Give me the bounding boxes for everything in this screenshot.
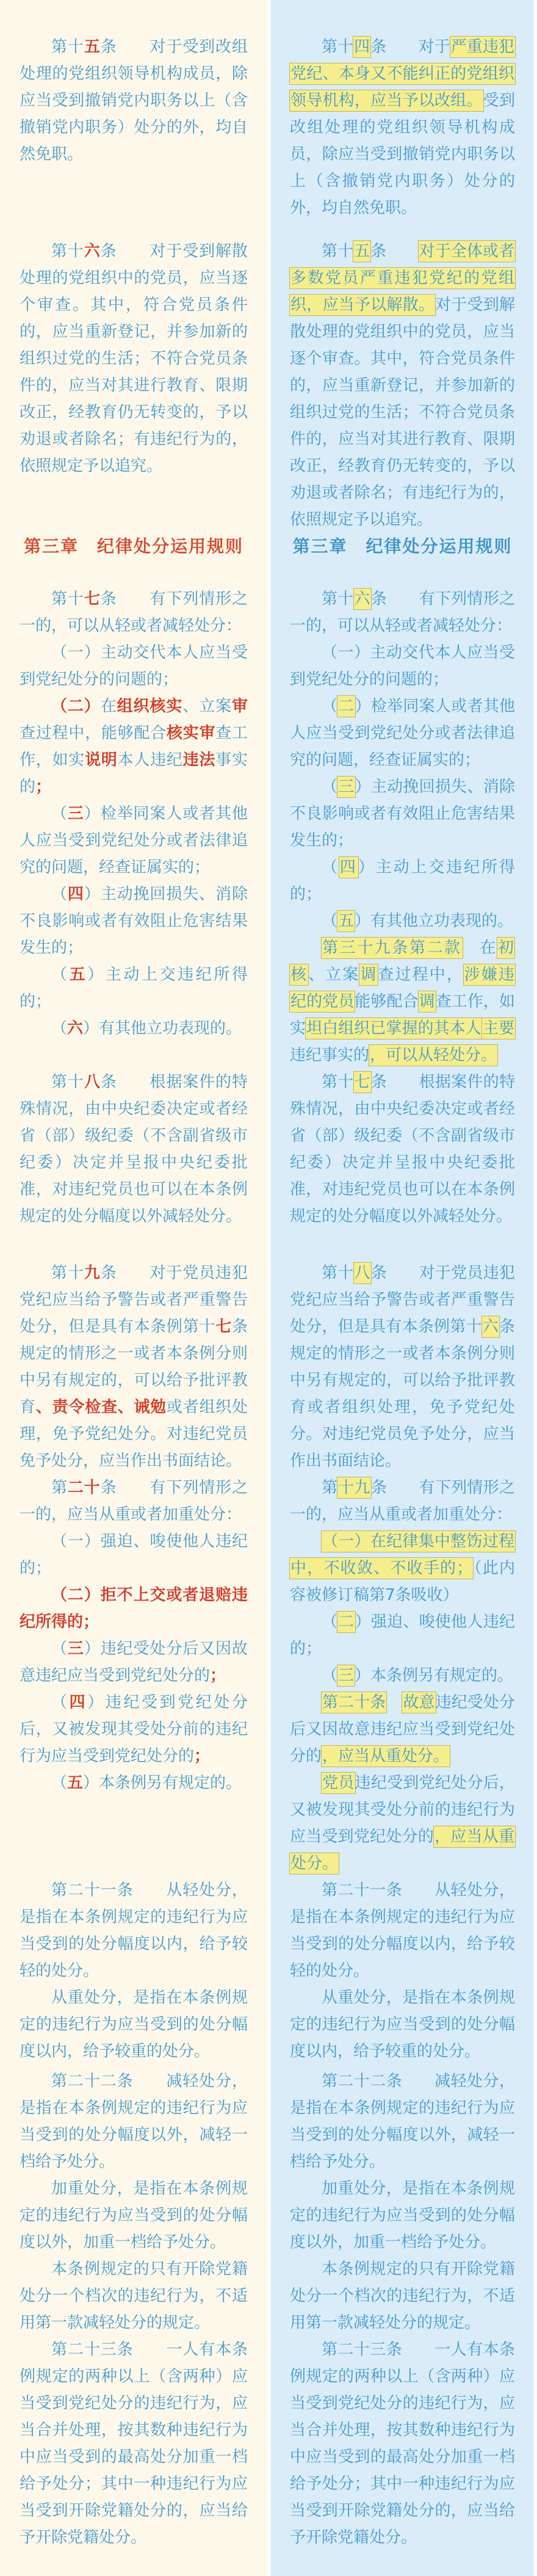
highlight-segment: 二	[337, 696, 355, 717]
revision-red-segment: （二）拒不上交或者退赔违纪所得的；	[20, 1586, 248, 1631]
revision-red-segment: 三	[68, 1640, 84, 1658]
text-segment: （	[322, 778, 337, 796]
article-paragraph: （二）强迫、唆使他人违纪的；	[290, 1609, 515, 1662]
article-paragraph: （三）本条例另有规定的。	[290, 1662, 515, 1689]
text-segment: （	[322, 697, 337, 716]
text-segment: ）本条例另有规定的。	[355, 1667, 513, 1685]
highlight-segment: 四	[339, 857, 358, 878]
text-segment: 第二十二条 减轻处分，是指在本条例规定的违纪行为应当受到的处分幅度以外，减轻一档…	[20, 2072, 248, 2171]
article-row: 第十八条 根据案件的特殊情况，由中央纪委决定或者经省（部）级纪委（不含副省级市纪…	[0, 1069, 537, 1260]
article-paragraph: 党员违纪受到党纪处分后，又被发现其受处分前的违纪行为应当受到党纪处分的，应当从重…	[290, 1770, 515, 1877]
text-segment: ）有其他立功表现的。	[355, 912, 513, 930]
article-row: 第二十三条 一人有本条例规定的两种以上（含两种）应当受到党纪处分的违纪行为，应当…	[0, 2336, 537, 2551]
highlight-segment: 七	[354, 1072, 371, 1092]
article-paragraph: 本条例规定的只有开除党籍处分一个档次的违纪行为，不适用第一款减轻处分的规定。	[290, 2256, 515, 2336]
article-paragraph: 第十六条 有下列情形之一的，可以从轻或者减轻处分：	[290, 586, 515, 639]
revision-red-segment: 四	[70, 1693, 88, 1712]
article-paragraph: 第十八条 对于党员违犯党纪应当给予警告或者严重警告处分，但是具有本条例第十六条规…	[290, 1260, 515, 1474]
highlight-segment: 六	[482, 1316, 499, 1337]
article-row: 第十七条 有下列情形之一的，可以从轻或者减轻处分：（一）主动交代本人应当受到党纪…	[0, 586, 537, 1069]
new-version-cell: 第十五条 对于全体或者多数党员严重违犯党纪的党组织，应当予以解散。对于受到解散处…	[271, 238, 534, 533]
article-paragraph: 第三十九条第二款 在初核、立案调查过程中，涉嫌违纪的党员能够配合调查工作，如实坦…	[290, 935, 515, 1069]
text-segment: 条 对于受到解散处理的党组织中的党员，应当逐个审查。其中，符合党员条件的，应当重…	[20, 242, 248, 475]
article-paragraph: （五）本条例另有规定的。	[20, 1770, 248, 1796]
article-paragraph: （一）强迫、唆使他人违纪的；	[20, 1528, 248, 1582]
article-paragraph: （一）主动交代本人应当受到党纪处分的问题的；	[290, 639, 515, 693]
document-comparison: 第十五条 对于受到改组处理的党组织领导机构成员，除应当受到撤销党内职务以上（含撤…	[0, 0, 537, 2576]
article-paragraph: （二）检举同案人或者其他人应当受到党纪处分或者法律追究的问题，经查证属实的；	[290, 693, 515, 773]
text-segment: （	[322, 912, 337, 930]
text-segment: 第十	[322, 38, 353, 56]
old-version-cell: 第二十二条 减轻处分，是指在本条例规定的违纪行为应当受到的处分幅度以外，减轻一档…	[0, 2068, 267, 2336]
text-segment: 条规定的情形之一或者本条例分则中另有规定的，可以给予批评教育或者组织处理，免予党…	[290, 1318, 515, 1470]
text-segment: 查过程中，能够配合	[20, 724, 167, 742]
text-segment: 加重处分，是指在本条例规定的违纪行为应当受到的处分幅度以外，加重一档给予处分。	[20, 2180, 248, 2251]
highlight-segment: ，应当从重处分。	[322, 1746, 450, 1767]
article-paragraph: 从重处分，是指在本条例规定的违纪行为应当受到的处分幅度以内，给予较重的处分。	[290, 1984, 515, 2065]
revision-red-segment: 六	[84, 242, 101, 260]
article-paragraph: 第十九条 有下列情形之一的，应当从重或者加重处分：	[290, 1474, 515, 1528]
text-segment: 第二十二条 减轻处分，是指在本条例规定的违纪行为应当受到的处分幅度以外，减轻一档…	[290, 2072, 515, 2171]
text-segment: 在	[463, 939, 497, 957]
new-version-cell: 第二十三条 一人有本条例规定的两种以上（含两种）应当受到党纪处分的违纪行为，应当…	[271, 2336, 534, 2551]
text-segment: 第十	[51, 590, 84, 608]
old-version-cell: 第十五条 对于受到改组处理的党组织领导机构成员，除应当受到撤销党内职务以上（含撤…	[0, 34, 267, 168]
article-row: 第二十二条 减轻处分，是指在本条例规定的违纪行为应当受到的处分幅度以外，减轻一档…	[0, 2068, 537, 2336]
article-paragraph: 第二十二条 减轻处分，是指在本条例规定的违纪行为应当受到的处分幅度以外，减轻一档…	[290, 2068, 515, 2175]
article-row: 第二十条 有下列情形之一的，应当从重或者加重处分：（一）强迫、唆使他人违纪的；（…	[0, 1474, 537, 1877]
article-paragraph: 第二十条 故意违纪受处分后又因故意违纪应当受到党纪处分的，应当从重处分。	[290, 1689, 515, 1770]
highlight-segment: 三	[337, 777, 355, 797]
text-segment: 本条例规定的只有开除党籍处分一个档次的违纪行为，不适用第一款减轻处分的规定。	[20, 2260, 248, 2332]
old-version-cell: 第二十三条 一人有本条例规定的两种以上（含两种）应当受到党纪处分的违纪行为，应当…	[0, 2336, 267, 2551]
article-row: 第三章 纪律处分运用规则第三章 纪律处分运用规则	[0, 533, 537, 586]
new-version-cell: 第二十二条 减轻处分，是指在本条例规定的违纪行为应当受到的处分幅度以外，减轻一档…	[271, 2068, 534, 2336]
text-segment: （一）主动交代本人应当受到党纪处分的问题的；	[290, 644, 515, 689]
revision-red-segment: 违法	[183, 751, 216, 769]
text-segment: 第十	[51, 38, 84, 56]
revision-red-segment: 核实审	[167, 724, 215, 742]
text-segment: ）本条例另有规定的。	[83, 1774, 242, 1792]
revision-red-segment: 五	[84, 38, 101, 56]
article-paragraph: 第二十一条 从轻处分，是指在本条例规定的违纪行为应当受到的处分幅度以内，给予较轻…	[290, 1877, 515, 1984]
text-segment: 第二十三条 一人有本条例规定的两种以上（含两种）应当受到党纪处分的违纪行为，应当…	[290, 2341, 515, 2547]
article-paragraph: （一）主动交代本人应当受到党纪处分的问题的；	[20, 639, 248, 693]
text-segment: （	[51, 1640, 68, 1658]
revision-red-segment: 七	[84, 590, 101, 608]
article-paragraph: 第十七条 有下列情形之一的，可以从轻或者减轻处分：	[20, 586, 248, 639]
article-paragraph: 第二十条 有下列情形之一的，应当从重或者加重处分：	[20, 1474, 248, 1528]
revision-red-segment: 说明	[85, 751, 118, 769]
article-paragraph: （四）主动挽回损失、消除不良影响或者有效阻止危害结果发生的；	[20, 881, 248, 961]
article-paragraph: 本条例规定的只有开除党籍处分一个档次的违纪行为，不适用第一款减轻处分的规定。	[20, 2256, 248, 2336]
text-segment: （	[51, 805, 68, 823]
old-version-cell: 第二十条 有下列情形之一的，应当从重或者加重处分：（一）强迫、唆使他人违纪的；（…	[0, 1474, 267, 1796]
article-paragraph: （三）主动挽回损失、消除不良影响或者有效阻止危害结果发生的；	[290, 773, 515, 854]
highlight-segment: 第三十九条第二款	[322, 938, 463, 958]
revision-red-segment: 四	[68, 885, 84, 903]
new-version-cell: 第十六条 有下列情形之一的，可以从轻或者减轻处分：（一）主动交代本人应当受到党纪…	[271, 586, 534, 1069]
chapter-heading: 第三章 纪律处分运用规则	[20, 533, 248, 560]
revision-red-segment: 审	[232, 697, 248, 716]
revision-red-segment: ；	[210, 1667, 226, 1685]
text-segment: 加重处分，是指在本条例规定的违纪行为应当受到的处分幅度以外，加重一档给予处分。	[290, 2180, 515, 2251]
new-version-cell: 第三章 纪律处分运用规则	[271, 533, 534, 560]
text-segment: 在	[101, 697, 117, 716]
text-segment: 第二十三条 一人有本条例规定的两种以上（含两种）应当受到党纪处分的违纪行为，应当…	[20, 2341, 248, 2547]
text-segment: （	[51, 966, 70, 984]
text-segment: 第三章 纪律处分运用规则	[24, 536, 243, 556]
text-segment: 条 对于受到改组处理的党组织领导机构成员，除应当受到撤销党内职务以上（含撤销党内…	[20, 38, 248, 163]
article-paragraph: （二）拒不上交或者退赔违纪所得的；	[20, 1582, 248, 1635]
text-segment: 条 根据案件的特殊情况，由中央纪委决定或者经省（部）级纪委（不含副省级市纪委）决…	[290, 1073, 515, 1225]
article-paragraph: 第十九条 对于党员违犯党纪应当给予警告或者严重警告处分，但是具有本条例第十七条规…	[20, 1260, 248, 1474]
article-paragraph: 第十五条 对于受到改组处理的党组织领导机构成员，除应当受到撤销党内职务以上（含撤…	[20, 34, 248, 168]
highlight-segment: ，可以从轻处分。	[369, 1045, 497, 1066]
old-version-cell: 第十九条 对于党员违犯党纪应当给予警告或者严重警告处分，但是具有本条例第十七条规…	[0, 1260, 267, 1474]
text-segment: 第二十一条 从轻处分，是指在本条例规定的违纪行为应当受到的处分幅度以内，给予较轻…	[290, 1881, 515, 1980]
article-paragraph: 第二十三条 一人有本条例规定的两种以上（含两种）应当受到党纪处分的违纪行为，应当…	[290, 2336, 515, 2551]
text-segment: 第二十一条 从轻处分，是指在本条例规定的违纪行为应当受到的处分幅度以内，给予较轻…	[20, 1881, 248, 1980]
article-paragraph: （四）违纪受到党纪处分后，又被发现其受处分前的违纪行为应当受到党纪处分的；	[20, 1689, 248, 1770]
text-segment: 本人违纪	[118, 751, 183, 769]
new-version-cell: 第十九条 有下列情形之一的，应当从重或者加重处分：（一）在纪律集中整饬过程中，不…	[271, 1474, 534, 1877]
article-paragraph: 第十六条 对于受到解散处理的党组织中的党员，应当逐个审查。其中，符合党员条件的，…	[20, 238, 248, 479]
text-segment: （	[322, 1667, 337, 1685]
chapter-heading: 第三章 纪律处分运用规则	[290, 533, 515, 560]
new-version-cell: 第二十一条 从轻处分，是指在本条例规定的违纪行为应当受到的处分幅度以内，给予较轻…	[271, 1877, 534, 2065]
text-segment: （	[51, 1774, 67, 1792]
highlight-segment: 调	[359, 964, 378, 985]
revision-red-segment: 三	[68, 805, 84, 823]
text-segment: 从重处分，是指在本条例规定的违纪行为应当受到的处分幅度以内，给予较重的处分。	[290, 1989, 515, 2061]
article-paragraph: （三）检举同案人或者其他人应当受到党纪处分或者法律追究的问题，经查证属实的；	[20, 800, 248, 881]
text-segment: （	[51, 885, 68, 903]
article-paragraph: （一）在纪律集中整饬过程中，不收敛、不收手的；（此内容被修订稿第7条吸收）	[290, 1528, 515, 1609]
highlight-segment: 调	[419, 991, 436, 1012]
text-segment: 本条例规定的只有开除党籍处分一个档次的违纪行为，不适用第一款减轻处分的规定。	[290, 2260, 515, 2332]
revision-red-segment: ；	[194, 1747, 210, 1765]
article-paragraph: （四）主动上交违纪所得的；	[290, 854, 515, 908]
text-segment	[386, 1693, 402, 1712]
old-version-cell: 第十七条 有下列情形之一的，可以从轻或者减轻处分：（一）主动交代本人应当受到党纪…	[0, 586, 267, 1042]
article-row: 第十六条 对于受到解散处理的党组织中的党员，应当逐个审查。其中，符合党员条件的，…	[0, 238, 537, 533]
old-version-cell: 第三章 纪律处分运用规则	[0, 533, 267, 560]
highlight-segment: 党员	[322, 1773, 355, 1793]
revision-red-segment: 二十	[68, 1479, 101, 1497]
old-version-cell: 第十六条 对于受到解散处理的党组织中的党员，应当逐个审查。其中，符合党员条件的，…	[0, 238, 267, 479]
text-segment: 条 根据案件的特殊情况，由中央纪委决定或者经省（部）级纪委（不含副省级市纪委）决…	[20, 1073, 248, 1225]
revision-red-segment: ；	[35, 778, 51, 796]
highlight-segment: 主要	[482, 1018, 515, 1039]
article-paragraph: （五）有其他立功表现的。	[290, 908, 515, 935]
highlight-segment: 五	[353, 241, 370, 262]
text-segment: 第十	[322, 590, 354, 608]
article-paragraph: 第十四条 对于严重违犯党纪、本身又不能纠正的党组织领导机构，应当予以改组。受到改…	[290, 34, 515, 221]
highlight-segment: 二	[337, 1612, 355, 1632]
new-version-cell: 第十四条 对于严重违犯党纪、本身又不能纠正的党组织领导机构，应当予以改组。受到改…	[271, 34, 534, 221]
article-paragraph: 第十七条 根据案件的特殊情况，由中央纪委决定或者经省（部）级纪委（不含副省级市纪…	[290, 1069, 515, 1230]
revision-red-segment: 五	[67, 1774, 83, 1792]
text-segment: 第三章 纪律处分运用规则	[292, 536, 512, 556]
revision-red-segment: 六	[67, 1019, 83, 1038]
article-paragraph: 加重处分，是指在本条例规定的违纪行为应当受到的处分幅度以外，加重一档给予处分。	[290, 2175, 515, 2256]
revision-red-segment: 九	[84, 1264, 101, 1282]
text-segment: ）有其他立功表现的。	[83, 1019, 242, 1038]
article-paragraph: （六）有其他立功表现的。	[20, 1015, 248, 1042]
text-segment: （	[322, 858, 339, 877]
text-segment: （一）强迫、唆使他人违纪的；	[20, 1532, 248, 1577]
highlight-segment: 八	[354, 1263, 371, 1283]
text-segment: 第	[51, 1479, 68, 1497]
text-segment: 条 对于	[370, 38, 450, 56]
article-row: 第十九条 对于党员违犯党纪应当给予警告或者严重警告处分，但是具有本条例第十七条规…	[0, 1260, 537, 1474]
text-segment: （	[51, 1019, 67, 1038]
highlight-segment: 三	[337, 1665, 355, 1686]
text-segment: 能够配合	[355, 992, 418, 1011]
revision-red-segment: 七	[215, 1318, 232, 1336]
new-version-cell: 第十七条 根据案件的特殊情况，由中央纪委决定或者经省（部）级纪委（不含副省级市纪…	[271, 1069, 534, 1230]
highlight-segment: 四	[353, 37, 370, 57]
revision-red-segment: 、责令检查、诫勉	[36, 1398, 167, 1416]
text-segment: 从重处分，是指在本条例规定的违纪行为应当受到的处分幅度以内，给予较重的处分。	[20, 1989, 248, 2061]
revision-red-segment: 五	[70, 966, 88, 984]
new-version-cell: 第十八条 对于党员违犯党纪应当给予警告或者严重警告处分，但是具有本条例第十六条规…	[271, 1260, 534, 1474]
old-version-cell: 第二十一条 从轻处分，是指在本条例规定的违纪行为应当受到的处分幅度以内，给予较轻…	[0, 1877, 267, 2065]
article-paragraph: （五）主动上交违纪所得的；	[20, 961, 248, 1015]
text-segment: 第十	[322, 1073, 354, 1091]
highlight-segment: 五	[337, 911, 355, 931]
text-segment: 、立案	[308, 966, 359, 984]
text-segment: （	[51, 1693, 70, 1712]
article-row: 第二十一条 从轻处分，是指在本条例规定的违纪行为应当受到的处分幅度以内，给予较轻…	[0, 1877, 537, 2068]
text-segment: 第十	[322, 1264, 354, 1282]
article-paragraph: 加重处分，是指在本条例规定的违纪行为应当受到的处分幅度以外，加重一档给予处分。	[20, 2175, 248, 2256]
highlight-segment: 第二十条	[322, 1692, 386, 1713]
article-paragraph: 第二十一条 从轻处分，是指在本条例规定的违纪行为应当受到的处分幅度以内，给予较轻…	[20, 1877, 248, 1984]
text-segment: 第十	[51, 1264, 84, 1282]
text-segment: 、立案	[182, 697, 232, 716]
text-segment: （	[322, 1613, 337, 1631]
article-paragraph: 第十八条 根据案件的特殊情况，由中央纪委决定或者经省（部）级纪委（不含副省级市纪…	[20, 1069, 248, 1230]
highlight-segment: 十九	[337, 1477, 371, 1498]
revision-red-segment: 八	[84, 1073, 101, 1091]
text-segment: 违纪事实的	[290, 1046, 369, 1064]
article-row: 第十五条 对于受到改组处理的党组织领导机构成员，除应当受到撤销党内职务以上（含撤…	[0, 34, 537, 238]
article-paragraph: （二）在组织核实、立案审查过程中，能够配合核实审查工作，如实说明本人违纪违法事实…	[20, 693, 248, 800]
text-segment: 查过程中，	[378, 966, 463, 984]
highlight-segment: 坦白组织已掌握的其本人	[306, 1018, 482, 1039]
article-paragraph: 第十五条 对于全体或者多数党员严重违犯党纪的党组织，应当予以解散。对于受到解散处…	[290, 238, 515, 533]
text-segment: 条	[370, 242, 418, 260]
article-paragraph: 从重处分，是指在本条例规定的违纪行为应当受到的处分幅度以内，给予较重的处分。	[20, 1984, 248, 2065]
highlight-segment: 六	[354, 589, 371, 609]
revision-red-segment: 组织核实	[117, 697, 183, 716]
text-segment: 第十	[51, 1073, 84, 1091]
text-segment: 第十	[322, 242, 353, 260]
text-segment: 第	[322, 1479, 337, 1497]
article-paragraph: 第二十二条 减轻处分，是指在本条例规定的违纪行为应当受到的处分幅度以外，减轻一档…	[20, 2068, 248, 2175]
article-paragraph: （三）违纪受处分后又因故意违纪应当受到党纪处分的；	[20, 1635, 248, 1689]
text-segment: 对于受到解散处理的党组织中的党员，应当逐个审查。其中，符合党员条件的，应当重新登…	[290, 296, 515, 529]
old-version-cell: 第十八条 根据案件的特殊情况，由中央纪委决定或者经省（部）级纪委（不含副省级市纪…	[0, 1069, 267, 1230]
article-paragraph: 第二十三条 一人有本条例规定的两种以上（含两种）应当受到党纪处分的违纪行为，应当…	[20, 2336, 248, 2551]
text-segment: 第十	[51, 242, 84, 260]
highlight-segment: 故意	[402, 1692, 435, 1713]
revision-red-segment: （二）	[51, 697, 101, 716]
text-segment: （一）主动交代本人应当受到党纪处分的问题的；	[20, 644, 248, 689]
